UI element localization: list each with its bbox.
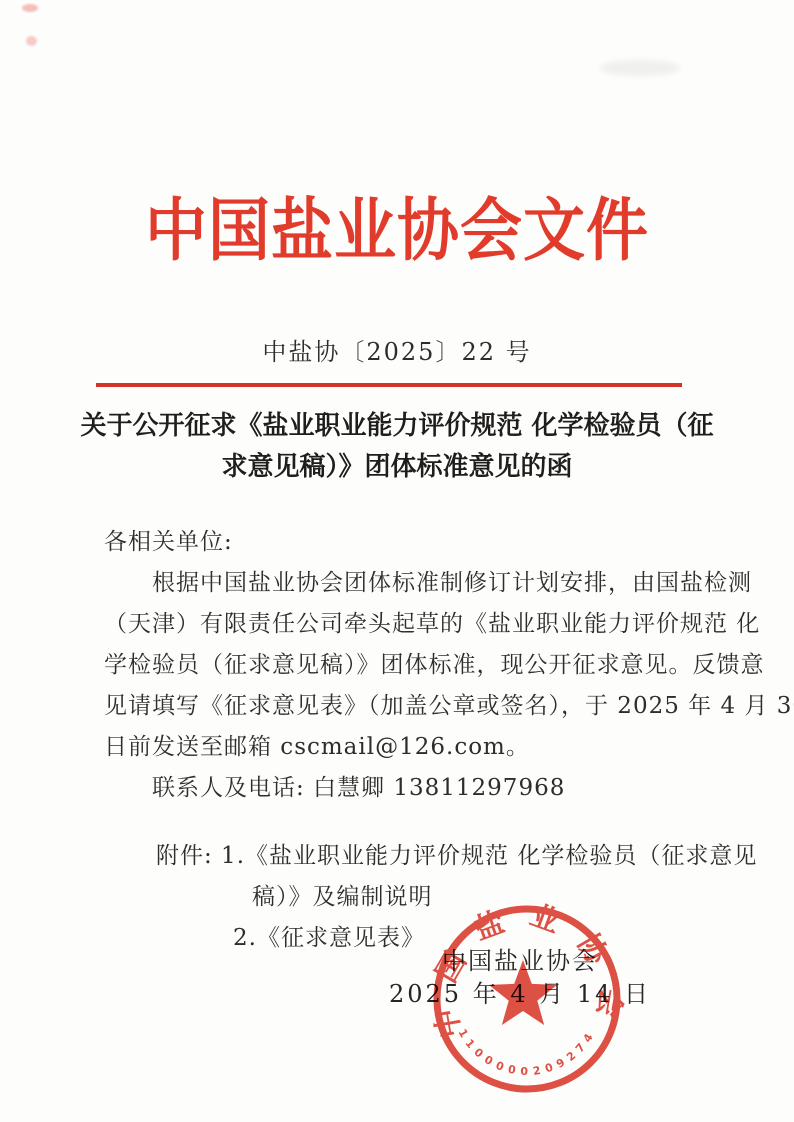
scan-red-speck — [26, 36, 37, 46]
scanned-document-page: 中国盐业协会文件 中盐协〔2025〕22 号 关于公开征求《盐业职业能力评价规范… — [0, 0, 794, 1122]
attachment-item-1: 附件: 1.《盐业职业能力评价规范 化学检验员（征求意见 — [104, 836, 724, 877]
body-line: 学检验员（征求意见稿）》团体标准，现公开征求意见。反馈意 — [104, 645, 704, 686]
seal-arc-text: 中国盐业协会 — [427, 899, 627, 1040]
attachment-item-1-continued: 稿）》及编制说明 — [104, 877, 724, 918]
subject-title: 关于公开征求《盐业职业能力评价规范 化学检验员（征 求意见稿）》团体标准意见的函 — [0, 406, 794, 488]
official-seal-graphic: 中国盐业协会 1100000209274 — [427, 899, 627, 1099]
body-line: 日前发送至邮箱 cscmail@126.com。 — [104, 727, 704, 768]
seal-star-icon — [489, 960, 557, 1025]
letter-body: 各相关单位: 根据中国盐业协会团体标准制修订计划安排，由国盐检测 （天津）有限责… — [104, 522, 704, 809]
letterhead-divider-rule — [96, 383, 682, 387]
body-line: 见请填写《征求意见表》（加盖公章或签名），于 2025 年 4 月 30 — [104, 686, 704, 727]
salutation: 各相关单位: — [104, 522, 704, 563]
scan-red-speck — [22, 4, 38, 12]
document-number: 中盐协〔2025〕22 号 — [0, 332, 794, 367]
official-seal: 中国盐业协会 1100000209274 — [427, 899, 627, 1099]
scan-smudge — [600, 60, 680, 76]
letterhead-title: 中国盐业协会文件 — [0, 176, 794, 274]
subject-title-line2: 求意见稿）》团体标准意见的函 — [0, 447, 794, 488]
subject-title-line1: 关于公开征求《盐业职业能力评价规范 化学检验员（征 — [0, 406, 794, 447]
body-line: 根据中国盐业协会团体标准制修订计划安排，由国盐检测 — [104, 563, 704, 604]
body-line: （天津）有限责任公司牵头起草的《盐业职业能力评价规范 化 — [104, 604, 704, 645]
contact-line: 联系人及电话: 白慧卿 13811297968 — [104, 768, 704, 809]
